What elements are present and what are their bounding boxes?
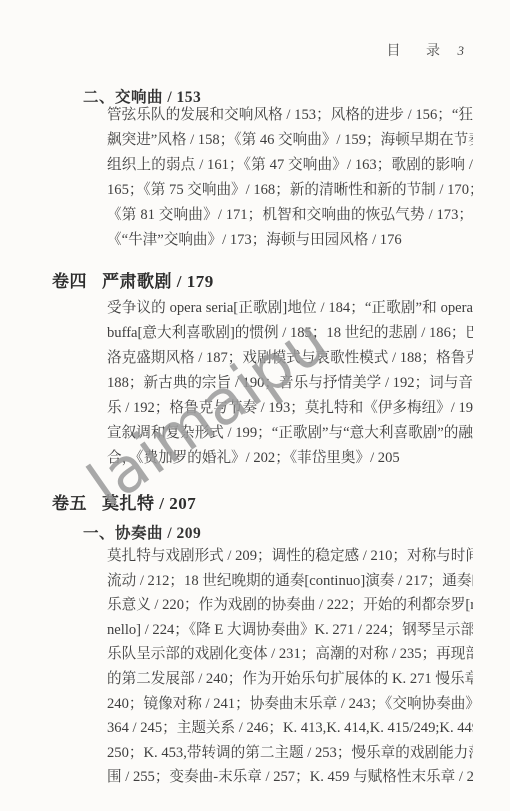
running-head-word: 目 xyxy=(387,44,401,59)
toc-line: 飙突进”风格 / 158；《第 46 交响曲》/ 159；海顿早期在节奏 xyxy=(107,128,473,153)
toc-line: 250；K. 453,带转调的第二主题 / 253；慢乐章的戏剧能力范 xyxy=(107,741,473,766)
part-title: 莫扎特 / 207 xyxy=(102,494,196,513)
paragraph-symphony: 管弦乐队的发展和交响风格 / 153；风格的进步 / 156；“狂 飙突进”风格… xyxy=(107,103,473,253)
toc-line: 围 / 255；变奏曲-末乐章 / 257；K. 459 与赋格性末乐章 / 2… xyxy=(107,765,473,790)
toc-line: 165；《第 75 交响曲》/ 168；新的清晰性和新的节制 / 170； xyxy=(107,178,473,203)
toc-line: nello] / 224；《降 E 大调协奏曲》K. 271 / 224；钢琴呈… xyxy=(107,618,473,643)
toc-line: 的第二发展部 / 240；作为开始乐句扩展体的 K. 271 慢乐章 / xyxy=(107,667,473,692)
part-heading-mozart: 卷五莫扎特 / 207 xyxy=(52,489,196,514)
running-head-word: 录 xyxy=(426,44,440,59)
toc-line: buffa[意大利喜歌剧]的惯例 / 185；18 世纪的悲剧 / 186；巴 xyxy=(107,321,473,346)
toc-line: 合，《费加罗的婚礼》/ 202；《菲岱里奥》/ 205 xyxy=(107,446,473,471)
toc-line: 乐意义 / 220；作为戏剧的协奏曲 / 222；开始的利都奈罗[ritor- xyxy=(107,593,473,618)
toc-line: 洛克盛期风格 / 187；戏剧模式与哀歌性模式 / 188；格鲁克 / xyxy=(107,346,473,371)
toc-line: 组织上的弱点 / 161；《第 47 交响曲》/ 163；歌剧的影响 / xyxy=(107,153,473,178)
toc-line: 受争议的 opera seria[正歌剧]地位 / 184；“正歌剧”和 ope… xyxy=(107,296,473,321)
toc-line: 宣叙调和复杂形式 / 199；“正歌剧”与“意大利喜歌剧”的融 xyxy=(107,421,473,446)
toc-line: 流动 / 212；18 世纪晚期的通奏[continuo]演奏 / 217；通奏… xyxy=(107,569,473,594)
toc-line: 莫扎特与戏剧形式 / 209；调性的稳定感 / 210；对称与时间的 xyxy=(107,544,473,569)
toc-line: 乐队呈示部的戏剧化变体 / 231；高潮的对称 / 235；再现部中 xyxy=(107,642,473,667)
toc-line: 管弦乐队的发展和交响风格 / 153；风格的进步 / 156；“狂 xyxy=(107,103,473,128)
toc-page: 目 录 3 二、交响曲 / 153 管弦乐队的发展和交响风格 / 153；风格的… xyxy=(0,0,510,811)
paragraph-concerto: 莫扎特与戏剧形式 / 209；调性的稳定感 / 210；对称与时间的 流动 / … xyxy=(107,544,473,790)
toc-line: 乐 / 192；格鲁克与节奏 / 193；莫扎特和《伊多梅纽》/ 197； xyxy=(107,396,473,421)
running-head: 目 录 3 xyxy=(387,40,465,60)
toc-line: 364 / 245；主题关系 / 246；K. 413,K. 414,K. 41… xyxy=(107,716,473,741)
toc-line: 《第 81 交响曲》/ 171；机智和交响曲的恢弘气势 / 173； xyxy=(107,203,473,228)
toc-line: 188；新古典的宗旨 / 190；音乐与抒情美学 / 192；词与音 xyxy=(107,371,473,396)
toc-line: 《“牛津”交响曲》/ 173；海顿与田园风格 / 176 xyxy=(107,228,473,253)
part-label: 卷四 xyxy=(52,272,87,291)
section-heading-concerto: 一、协奏曲 / 209 xyxy=(83,521,201,543)
paragraph-serious-opera: 受争议的 opera seria[正歌剧]地位 / 184；“正歌剧”和 ope… xyxy=(107,296,473,471)
part-heading-serious-opera: 卷四严肃歌剧 / 179 xyxy=(52,267,214,292)
part-title: 严肃歌剧 / 179 xyxy=(102,272,214,291)
part-label: 卷五 xyxy=(52,494,87,513)
toc-line: 240；镜像对称 / 241；协奏曲末乐章 / 243；《交响协奏曲》K. xyxy=(107,692,473,717)
page-number: 3 xyxy=(458,43,465,58)
